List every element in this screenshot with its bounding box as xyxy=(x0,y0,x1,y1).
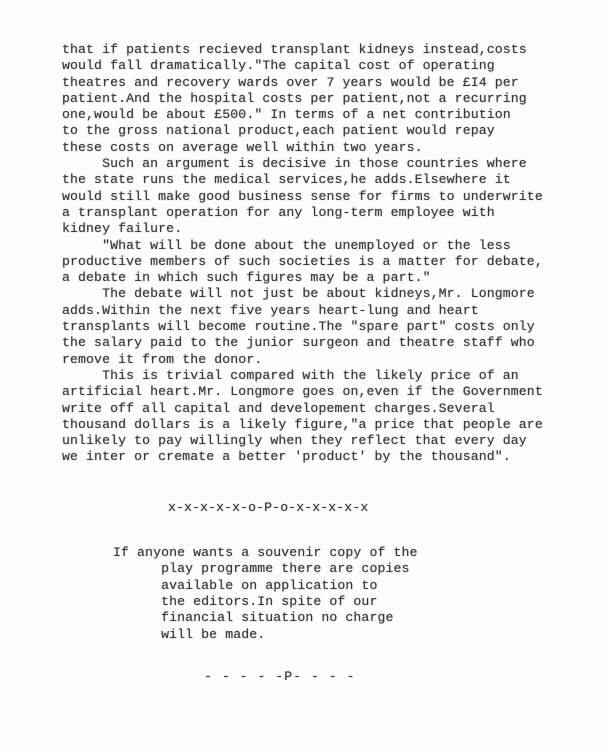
body-paragraph-3: "What will be done about the unemployed … xyxy=(62,238,606,287)
body-paragraph-5: This is trivial compared with the likely… xyxy=(62,368,606,466)
section-separator: x-x-x-x-x-o-P-o-x-x-x-x-x xyxy=(168,500,606,516)
souvenir-note: If anyone wants a souvenir copy of the p… xyxy=(113,545,606,643)
page-footer-mark: - - - - -P- - - - xyxy=(204,669,606,685)
body-paragraph-4: The debate will not just be about kidney… xyxy=(62,286,606,367)
body-paragraph-1: that if patients recieved transplant kid… xyxy=(62,42,606,156)
typed-page: that if patients recieved transplant kid… xyxy=(0,0,606,750)
body-paragraph-2: Such an argument is decisive in those co… xyxy=(62,156,606,237)
